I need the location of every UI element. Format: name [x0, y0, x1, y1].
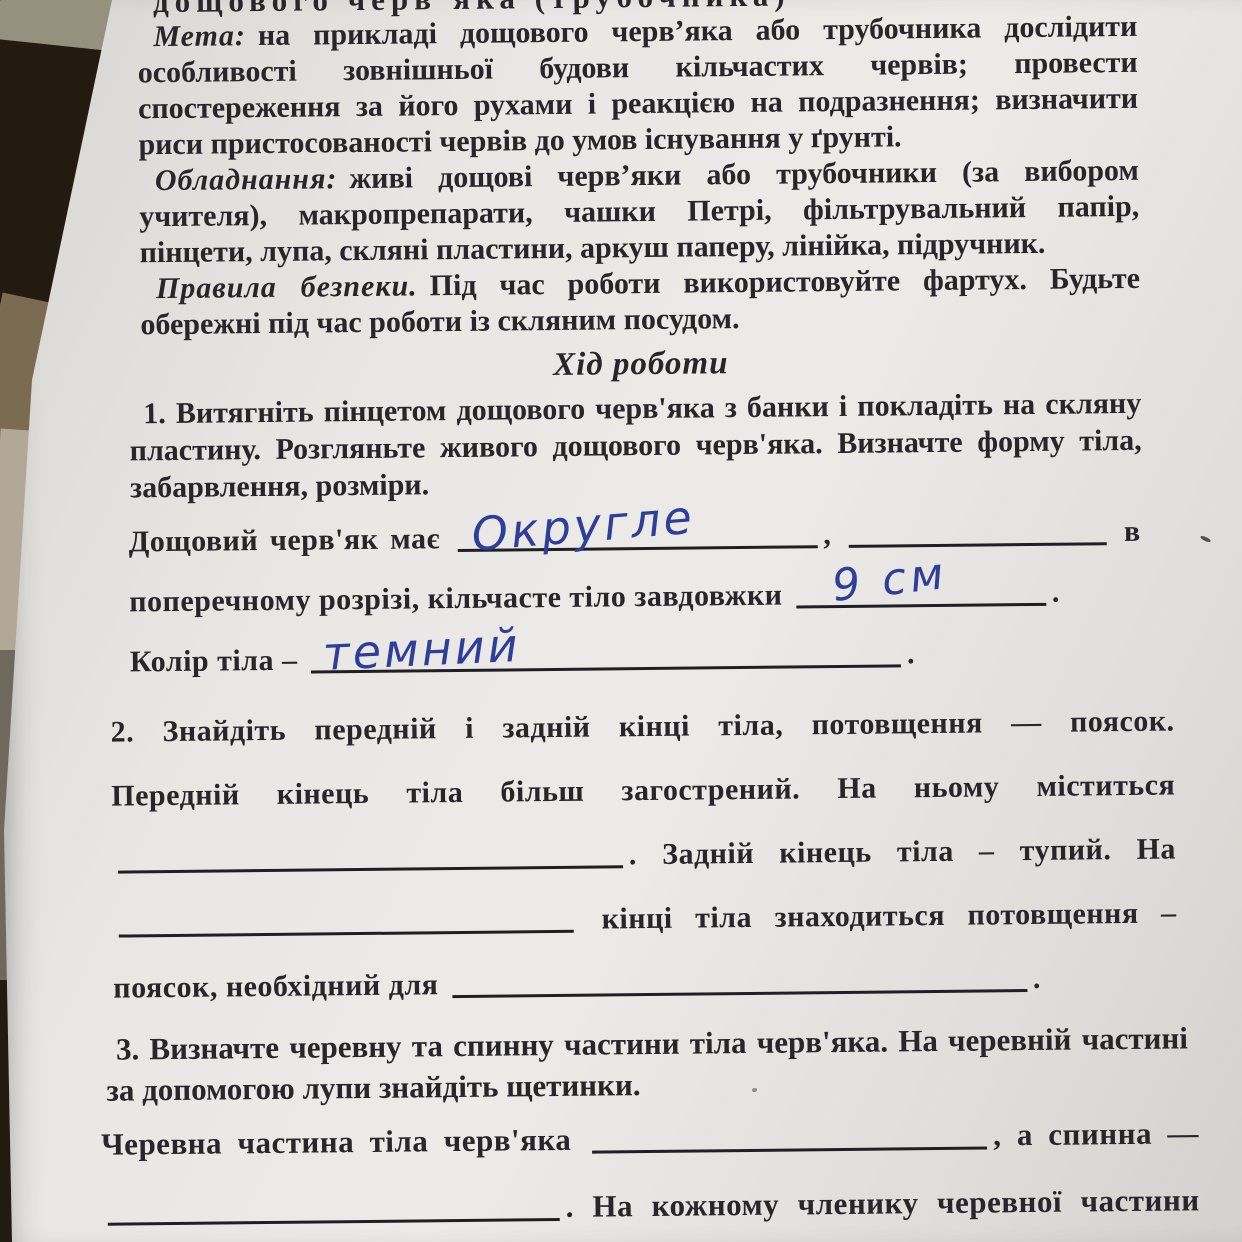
- answer-blank: [592, 1116, 987, 1153]
- printed-text: Дощовий черв'як має: [128, 522, 440, 558]
- handwritten-answer: темний: [322, 615, 522, 684]
- answer-blank: [452, 959, 1027, 998]
- answer-blank: [118, 900, 573, 938]
- fill-line: Черевна частина тіла черв'яка , а спинна…: [101, 1099, 1200, 1177]
- answer-blank: Округле: [457, 515, 817, 552]
- dust-speck: [1200, 535, 1212, 544]
- answer-blank: темний: [311, 634, 901, 673]
- section-safety-rules: Правила безпеки.Під час роботи використо…: [140, 261, 1141, 343]
- worksheet-page: дощового черв’яка (трубочника) Мета:на п…: [0, 0, 1242, 1242]
- fill-line: Передній кінець тіла більш загострений. …: [111, 753, 1176, 828]
- printed-text: .: [1052, 576, 1060, 609]
- printed-text: Передній кінець тіла більш загострений. …: [111, 768, 1175, 812]
- step-3-text: 3. Визначте черевну та спинну частини ті…: [106, 1017, 1189, 1110]
- section-meta: Мета:на прикладі дощового черв’яка або т…: [137, 9, 1138, 163]
- printed-text: поясок, необхідний для: [113, 968, 438, 1004]
- page-content: дощового черв’яка (трубочника) Мета:на п…: [95, 0, 1208, 1242]
- printed-text: . Задній кінець тіла – тупий. На: [629, 832, 1176, 871]
- fill-line: Дощовий черв'як має Округле, в: [128, 502, 1141, 573]
- fill-line: . На кожному членику черевної частини: [101, 1166, 1200, 1242]
- step1-answer-lines: Дощовий черв'як має Округле, впоперечном…: [128, 502, 1142, 693]
- printed-text: . На кожному членику черевної частини: [565, 1182, 1199, 1224]
- section-safety-label: Правила безпеки.: [156, 269, 418, 305]
- fill-line: поясок, необхідний для .: [113, 945, 1178, 1020]
- answer-blank: [107, 1188, 559, 1226]
- section-equipment-label: Обладнання:: [155, 162, 338, 197]
- answer-blank: [118, 835, 623, 873]
- fill-line: поперечному розрізі, кільчасте тіло завд…: [129, 562, 1142, 633]
- worksheet-photo: дощового черв’яка (трубочника) Мета:на п…: [0, 0, 1242, 1242]
- printed-text: ,: [823, 518, 831, 551]
- section-meta-label: Мета:: [153, 19, 246, 53]
- step-1-text: 1. Витягніть пінцетом дощового черв'яка …: [129, 385, 1142, 507]
- fill-line: 2. Знайдіть передній і задній кінці тіла…: [110, 689, 1175, 764]
- answer-blank: 9 см: [796, 573, 1046, 609]
- printed-text: поперечному розрізі, кільчасте тіло завд…: [129, 579, 782, 619]
- section-equipment: Обладнання:живі дощові черв’яки або труб…: [139, 153, 1140, 271]
- handwritten-answer: 9 см: [829, 544, 951, 617]
- printed-text: Колір тіла –: [130, 644, 298, 679]
- fill-line: . Задній кінець тіла – тупий. На: [112, 817, 1177, 892]
- printed-text: кінці тіла знаходиться потовщення –: [601, 896, 1176, 935]
- answer-blank: [848, 512, 1106, 548]
- printed-text: в: [1124, 515, 1141, 548]
- printed-text: , а спинна —: [993, 1115, 1199, 1152]
- printed-text: 2. Знайдіть передній і задній кінці тіла…: [110, 704, 1174, 748]
- step2-lines: 2. Знайдіть передній і задній кінці тіла…: [110, 689, 1177, 1020]
- step3-answer-lines: Черевна частина тіла черв'яка , а спинна…: [101, 1099, 1200, 1242]
- printed-text: .: [1033, 962, 1041, 995]
- fill-line: Колір тіла – темний.: [130, 622, 1143, 693]
- printed-text: Черевна частина тіла черв'яка: [101, 1122, 572, 1162]
- fill-line: кінці тіла знаходиться потовщення –: [112, 881, 1177, 956]
- section-meta-body: на прикладі дощового черв’яка або трубоч…: [138, 10, 1139, 161]
- printed-text: .: [907, 637, 915, 670]
